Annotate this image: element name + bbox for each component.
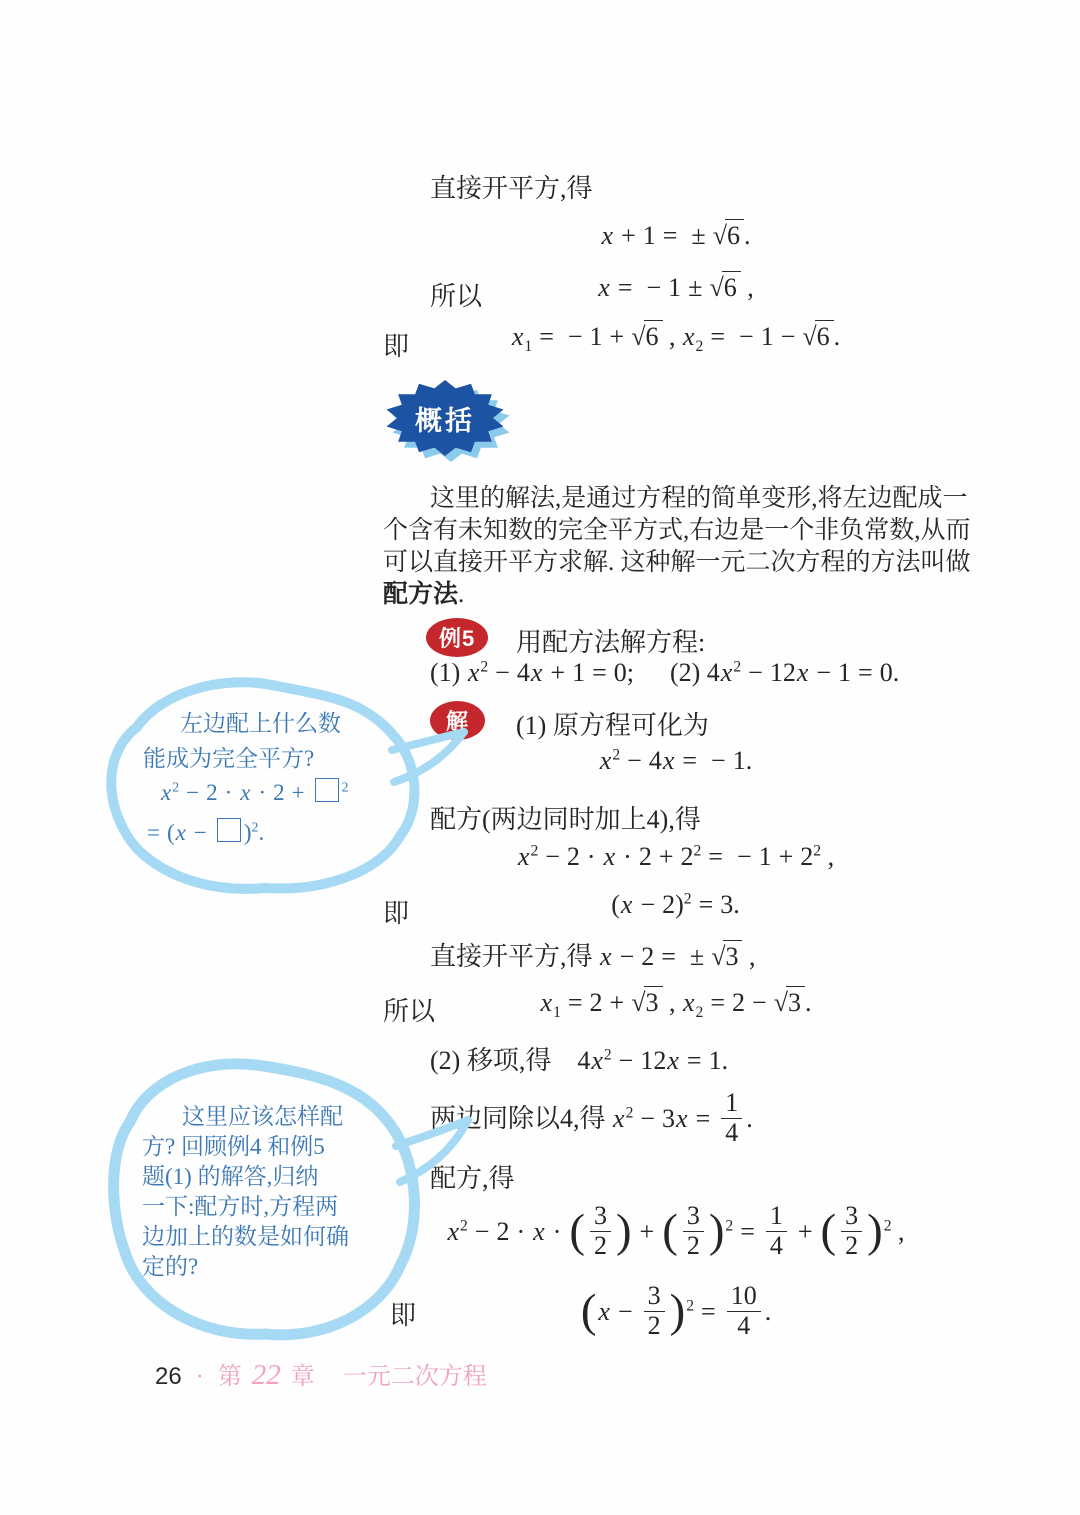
math-n: 4 (649, 746, 662, 775)
math-o: = (654, 942, 683, 971)
math-n: ( (611, 890, 620, 919)
math-o: − (774, 322, 803, 351)
bubble1-formula1: x2−2·x·2+2 (160, 778, 349, 806)
math-v: x (530, 658, 544, 687)
math-v: x (675, 1104, 689, 1133)
math-o: · (616, 842, 639, 871)
math-v: x (720, 658, 734, 687)
math-frac: 32 (644, 1282, 665, 1340)
math-n: , (663, 988, 683, 1017)
math-o: = (561, 988, 590, 1017)
math-big: ( (580, 1285, 598, 1337)
bubble2-line: 一下:配方时,方程两 (142, 1188, 338, 1221)
math-o: = (694, 1297, 723, 1326)
textbook-page: 直接开平方,得 x+1=±√6. 所以 x=−1±√6 , 即 x1=−1+√6… (0, 0, 1080, 1515)
math-sqrt: √6 (631, 322, 662, 352)
math-n: 2 (641, 942, 654, 971)
math-v: x (620, 890, 634, 919)
math-n: 1 (572, 658, 585, 687)
example-title: 用配方法解方程: (516, 622, 705, 659)
math-v: x (599, 942, 613, 971)
bubble2-line: 边加上的数是如何确 (142, 1218, 349, 1251)
math-o: − (730, 842, 759, 871)
math-sup: 2 (884, 1217, 892, 1234)
math-sup: 2 (684, 890, 692, 907)
math-sqrt: √3 (711, 942, 742, 972)
math-sqrt: √6 (802, 322, 833, 352)
math-o: − (809, 658, 838, 687)
math-o: = (733, 1217, 762, 1246)
math-n: . (834, 322, 841, 351)
bubble1-line2: 能成为完全平方? (143, 740, 314, 773)
math-n: 1 (759, 842, 772, 871)
math-n: 2 (680, 842, 693, 871)
math-o: · (218, 780, 240, 805)
math-frac: 14 (766, 1202, 787, 1260)
math-n: . (722, 1046, 729, 1075)
text-line-open-sqrt-2: 直接开平方,得 x−2=±√3 , (430, 936, 755, 973)
math-txt: 直接开平方,得 (430, 942, 599, 971)
math-big: ) (615, 1205, 633, 1257)
math-n: . (746, 1104, 753, 1133)
math-o: + (603, 988, 632, 1017)
math-sqrt: √3 (631, 988, 662, 1018)
math-v: x (160, 780, 172, 805)
math-v: x (590, 1046, 604, 1075)
bubble1-formula2: =(x−)2. (140, 818, 264, 846)
math-sqrt: √6 (709, 273, 740, 303)
math-big: ( (661, 1205, 679, 1257)
math-n: . (765, 1297, 772, 1326)
math-v: x (662, 746, 676, 775)
math-o: = (701, 842, 730, 871)
math-o: − (613, 942, 642, 971)
math-n: . (805, 988, 812, 1017)
math-n: 2 (206, 780, 218, 805)
math-v: x (601, 221, 615, 250)
math-n: 12 (640, 1046, 666, 1075)
math-o: − (732, 322, 761, 351)
math-o: = (703, 322, 732, 351)
math-o: = (656, 221, 685, 250)
math-v: x (597, 1297, 611, 1326)
math-box (217, 818, 241, 842)
math-v: x (599, 746, 613, 775)
math-n: , (892, 1217, 905, 1246)
math-n: 4 (577, 1046, 590, 1075)
math-big: ) (669, 1285, 687, 1337)
math-n: 2 (590, 988, 603, 1017)
math-n: , (741, 273, 754, 302)
summary-paragraph-line: 个含有未知数的完全平方式,右边是一个非负常数,从而 (383, 510, 983, 546)
math-o: · (252, 780, 274, 805)
math-o: = (585, 658, 614, 687)
math-n: , (663, 322, 683, 351)
math-n: ) (244, 820, 252, 845)
math-v: x (239, 780, 251, 805)
math-n: 3 (662, 1104, 675, 1133)
math-o: + (603, 322, 632, 351)
math-n: . (744, 221, 751, 250)
math-v: x (540, 988, 554, 1017)
math-n: . (733, 890, 740, 919)
math-v: x (612, 1104, 626, 1133)
chapter-prefix: 第 (218, 1364, 242, 1390)
equation-roots-1: x1=−1+√6 , x2=−1−√6. (383, 322, 968, 352)
math-o: + (791, 1217, 820, 1246)
math-n: 2 (273, 780, 285, 805)
solution-intro: (1) 原方程可化为 (516, 705, 709, 742)
math-o: − (187, 820, 214, 845)
math-n: 2 (567, 842, 580, 871)
bubble2-line: 定的? (142, 1248, 198, 1281)
math-sup: 2 (604, 1046, 612, 1063)
math-o: = (532, 322, 561, 351)
math-frac: 32 (590, 1202, 611, 1260)
math-big: ) (866, 1205, 884, 1257)
math-o: = (611, 273, 640, 302)
term-peifangfa: 配方法 (383, 580, 458, 608)
math-o: = (140, 820, 167, 845)
chapter-number: 22 (248, 1359, 285, 1391)
math-n: 1 (733, 746, 746, 775)
bubble2-line: 方? 回顾例4 和例5 (142, 1128, 325, 1161)
math-o: + (543, 658, 572, 687)
math-n: 2 (496, 1217, 509, 1246)
math-big: ) (708, 1205, 726, 1257)
equation-x-solution: x=−1±√6 , (383, 273, 968, 303)
math-sub: 1 (553, 1004, 561, 1021)
text-line-open-sqrt: 直接开平方,得 (430, 168, 593, 205)
math-n: , (821, 842, 834, 871)
math-big: ( (568, 1205, 586, 1257)
math-n: 1 (643, 221, 656, 250)
math-o: − (741, 658, 770, 687)
math-sup: 2 (686, 1297, 694, 1314)
math-o: − (639, 273, 668, 302)
math-o: + (652, 842, 681, 871)
equation-roots-2: x1=2+√3 , x2=2−√3. (383, 988, 968, 1018)
math-n: 1 (590, 322, 603, 351)
math-o: − (620, 746, 649, 775)
math-o: + (633, 1217, 662, 1246)
math-o: · (580, 842, 603, 871)
math-n: , (742, 942, 755, 971)
math-o: = (689, 1104, 718, 1133)
math-sup: 2 (612, 746, 620, 763)
example-badge: 例5 (426, 618, 488, 657)
math-o: ± (683, 942, 711, 971)
math-o: − (612, 1046, 641, 1075)
bubble2-line: 题(1) 的解答,归纳 (142, 1158, 318, 1191)
math-sqrt: √3 (774, 988, 805, 1018)
math-o: + (614, 221, 643, 250)
math-v: x (517, 842, 531, 871)
math-n: 3 (720, 890, 733, 919)
math-o: = (680, 1046, 709, 1075)
summary-badge-label: 概括 (383, 378, 507, 458)
math-sup: 2 (813, 842, 821, 859)
math-n: 1 (709, 1046, 722, 1075)
math-o: − (488, 658, 517, 687)
math-o: = (675, 746, 704, 775)
math-o: − (611, 1297, 640, 1326)
math-v: x (682, 322, 696, 351)
math-n: 0 (880, 658, 893, 687)
math-n: 12 (770, 658, 796, 687)
math-o: − (745, 988, 774, 1017)
math-v: x (511, 322, 525, 351)
math-n: 1 (668, 273, 681, 302)
math-n: 1 (838, 658, 851, 687)
page-number: 26 (155, 1363, 182, 1390)
math-o: − (179, 780, 206, 805)
math-big: ( (820, 1205, 838, 1257)
summary-badge: 概括 (383, 378, 515, 464)
math-v: x (532, 1217, 546, 1246)
footer-dot: · (188, 1364, 212, 1390)
chapter-title: 一元二次方程 (343, 1364, 487, 1390)
summary-paragraph-line: 这里的解法,是通过方程的简单变形,将左边配成一 (383, 478, 983, 514)
math-o: · (509, 1217, 532, 1246)
math-frac: 32 (683, 1202, 704, 1260)
math-o: − (561, 322, 590, 351)
math-n: . (258, 820, 264, 845)
bubble2-line: 这里应该怎样配 (182, 1098, 343, 1131)
math-frac: 104 (727, 1282, 761, 1340)
math-frac: 32 (841, 1202, 862, 1260)
math-n: 1 (761, 322, 774, 351)
math-n: ; (627, 658, 634, 687)
math-n: ) (675, 890, 684, 919)
math-o: − (538, 842, 567, 871)
math-n: . (893, 658, 900, 687)
math-o: = (692, 890, 721, 919)
math-o: + (285, 780, 312, 805)
math-o: ± (681, 273, 709, 302)
math-o: ± (684, 221, 712, 250)
math-o: = (851, 658, 880, 687)
math-o: − (633, 1104, 662, 1133)
math-sup: 2 (342, 779, 349, 794)
math-o: · (546, 1217, 569, 1246)
chapter-suffix: 章 (291, 1364, 315, 1390)
math-n: (2) (670, 658, 707, 687)
math-v: x (682, 988, 696, 1017)
math-o: = (703, 988, 732, 1017)
equation-x-plus-1: x+1=±√6. (383, 221, 968, 251)
math-n: 2 (800, 842, 813, 871)
page-footer: 26 · 第 22 章 一元二次方程 (155, 1356, 487, 1392)
math-sup: 2 (480, 658, 488, 675)
bubble1-line1: 左边配上什么数 (180, 705, 341, 738)
math-box (315, 778, 339, 802)
summary-paragraph-line: 可以直接开平方求解. 这种解一元二次方程的方法叫做 (383, 542, 983, 578)
math-v: x (597, 273, 611, 302)
math-o: + (772, 842, 801, 871)
example-equations: (1) x2−4x+1=0;(2) 4x2−12x−1=0. (430, 658, 899, 688)
math-v: x (603, 842, 617, 871)
math-n: 4 (707, 658, 720, 687)
math-frac: 14 (721, 1089, 742, 1147)
math-n: 2 (639, 842, 652, 871)
math-sqrt: √6 (713, 221, 744, 251)
math-n: 4 (517, 658, 530, 687)
math-n: 2 (662, 890, 675, 919)
summary-paragraph-line: 配方法. (383, 574, 983, 610)
math-v: x (666, 1046, 680, 1075)
math-v: x (175, 820, 187, 845)
math-n: . (746, 746, 753, 775)
math-n: 0 (614, 658, 627, 687)
math-o: − (633, 890, 662, 919)
math-v: x (796, 658, 810, 687)
period: . (458, 581, 464, 608)
math-o: − (704, 746, 733, 775)
math-n: 2 (732, 988, 745, 1017)
math-n: ( (167, 820, 175, 845)
math-sup: 2 (733, 658, 741, 675)
